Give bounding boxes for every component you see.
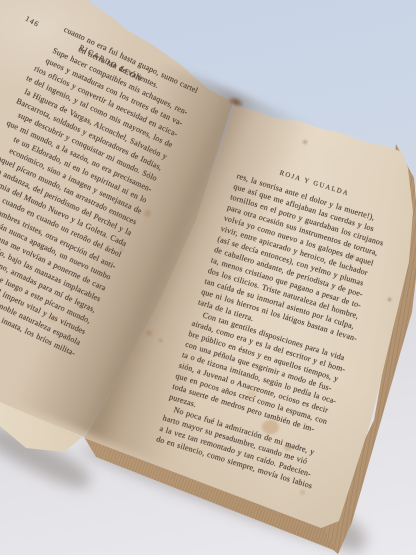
- book-photograph: 146 RICARDO LEÓN cuanto no era fui hasta…: [0, 0, 416, 555]
- foxing-spot: [300, 490, 305, 495]
